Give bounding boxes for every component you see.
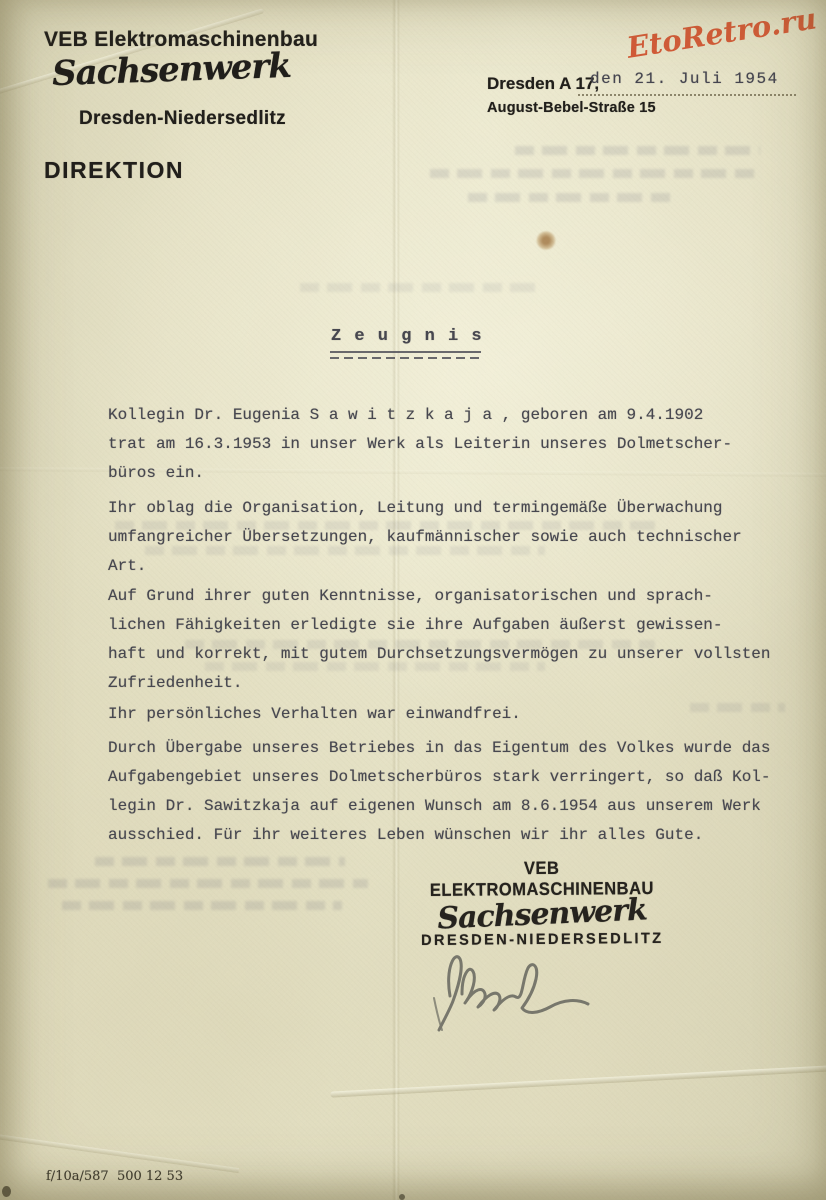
- paper-stain: [536, 231, 556, 250]
- letter-title: Z e u g n i s: [331, 327, 483, 346]
- letterhead-logo-sachsenwerk: Sachsenwerk: [51, 46, 291, 94]
- paragraph-conduct: Ihr persönliches Verhalten war einwandfr…: [108, 700, 786, 729]
- title-underline-solid: [330, 351, 481, 353]
- form-code: f/10a/587 500 12 53: [46, 1169, 183, 1184]
- company-stamp: VEB ELEKTROMASCHINENBAU Sachsenwerk DRES…: [408, 857, 677, 949]
- bleed-through-text: [300, 283, 540, 292]
- paper-crease-bottom-left: [0, 1132, 239, 1173]
- signature-scribble: [412, 938, 612, 1033]
- bleed-through-text: [430, 169, 760, 178]
- bleed-through-text: [468, 193, 673, 202]
- bleed-through-text: [515, 146, 760, 155]
- letterhead-city: Dresden-Niedersedlitz: [79, 108, 286, 130]
- paper-speck: [399, 1194, 405, 1200]
- bleed-through-text: [62, 901, 342, 910]
- dateline-typed-date: den 21. Juli 1954: [578, 70, 796, 96]
- dateline-street: August-Bebel-Straße 15: [487, 100, 656, 116]
- paragraph-departure: Durch Übergabe unseres Betriebes in das …: [108, 734, 786, 850]
- letterhead-department: DIREKTION: [44, 157, 184, 184]
- title-underline-dashed: [330, 357, 483, 359]
- paragraph-introduction: Kollegin Dr. Eugenia S a w i t z k a j a…: [108, 401, 786, 488]
- etoretro-watermark: EtoRetro.ru: [625, 1, 819, 65]
- paper-speck: [2, 1186, 11, 1197]
- paragraph-performance: Auf Grund ihrer guten Kenntnisse, organi…: [108, 582, 786, 698]
- bleed-through-text: [95, 857, 345, 866]
- bleed-through-text: [48, 879, 368, 888]
- paragraph-duties: Ihr oblag die Organisation, Leitung und …: [108, 494, 786, 581]
- paper-crease-bottom-right: [330, 1064, 826, 1097]
- scanned-letter-zeugnis: VEB Elektromaschinenbau Sachsenwerk Dres…: [0, 0, 826, 1200]
